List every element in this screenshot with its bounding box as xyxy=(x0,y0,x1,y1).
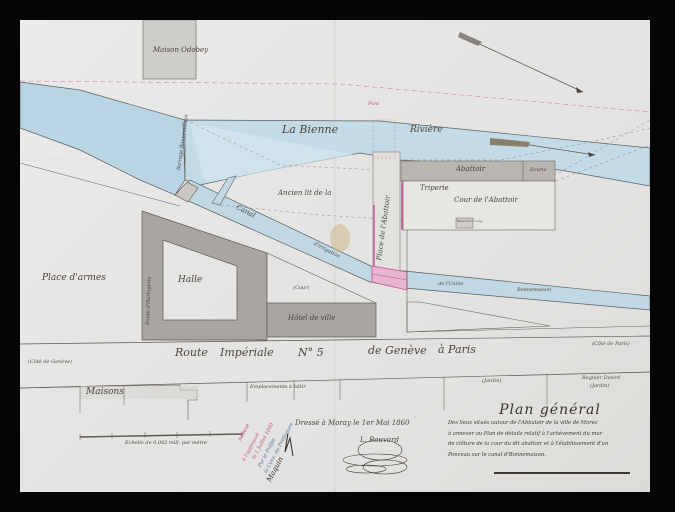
title-block: Plan général Des lieux situés autour de … xyxy=(448,402,650,460)
label-pont: Pont xyxy=(368,102,379,107)
label-fosse: Réservoir à sang xyxy=(457,220,483,223)
river-bienne xyxy=(20,82,185,195)
label-a-paris: à Paris xyxy=(438,344,476,355)
title-underline xyxy=(494,472,630,474)
label-regnier-jardin: (Jardin) xyxy=(590,384,609,389)
scale-label: Echelle de 0,002 mill. par mètre xyxy=(125,441,207,446)
signature-flourish xyxy=(343,440,407,474)
label-canal-usine: de l'Usine xyxy=(438,282,463,287)
signature-name: L. Bouvard xyxy=(360,437,399,444)
label-maison-odobey: Maison Odobey xyxy=(153,47,208,54)
label-imperiale: Impériale xyxy=(220,347,274,358)
label-triperie: Triperie xyxy=(420,185,449,192)
ponceau xyxy=(372,266,407,290)
subtitle-line-3: de clôture de la cour du dit abattoir et… xyxy=(448,439,650,450)
halle-building xyxy=(142,211,267,340)
label-ecurie: Ecurie xyxy=(530,168,547,173)
label-emplacement: Emplacements à bâtir xyxy=(250,385,306,390)
label-cour: (Cour) xyxy=(293,286,309,291)
label-maisons: Maisons xyxy=(86,388,124,397)
label-abattoir: Abattoir xyxy=(456,166,485,173)
map-sheet: Maison Odobey La Bienne Rivière Barrage … xyxy=(20,20,650,492)
north-arrow-icon xyxy=(458,32,583,93)
label-ancien-lit: Ancien lit de la xyxy=(278,190,331,197)
label-hotel-de-ville: Hôtel de ville xyxy=(288,315,335,322)
label-route: Route xyxy=(175,347,208,358)
label-route-number: N° 5 xyxy=(298,347,324,358)
plan-title: Plan général xyxy=(448,402,650,418)
label-cote-paris: (Côté de Paris) xyxy=(592,342,630,347)
label-river: Rivière xyxy=(410,126,443,135)
label-cote-geneve: (Côté de Genève) xyxy=(28,360,72,365)
label-river-bienne: La Bienne xyxy=(282,124,338,135)
label-de-geneve: de Genève xyxy=(368,345,427,356)
label-place-armes: Place d'armes xyxy=(42,274,106,283)
subtitle-line-1: Des lieux situés autour de l'Abbatoir de… xyxy=(448,418,650,429)
label-cour-abattoir: Cour de l'Abattoir xyxy=(454,197,518,204)
label-halle: Halle xyxy=(178,276,202,285)
signature-line: Dressé à Moray le 1er Mai 1860 xyxy=(295,420,410,427)
subtitle-line-4: Ponceau sur le canal d'Bonnemaison. xyxy=(448,450,650,461)
subtitle-line-2: à annexer au Plan de détails relatif à l… xyxy=(448,429,650,440)
label-regnier: Regnier Desiré xyxy=(582,376,620,381)
label-canal-bonnemaison: Bonnemaison xyxy=(517,288,551,293)
label-jardin: (Jardin) xyxy=(482,379,501,384)
scale-bar xyxy=(80,431,242,440)
